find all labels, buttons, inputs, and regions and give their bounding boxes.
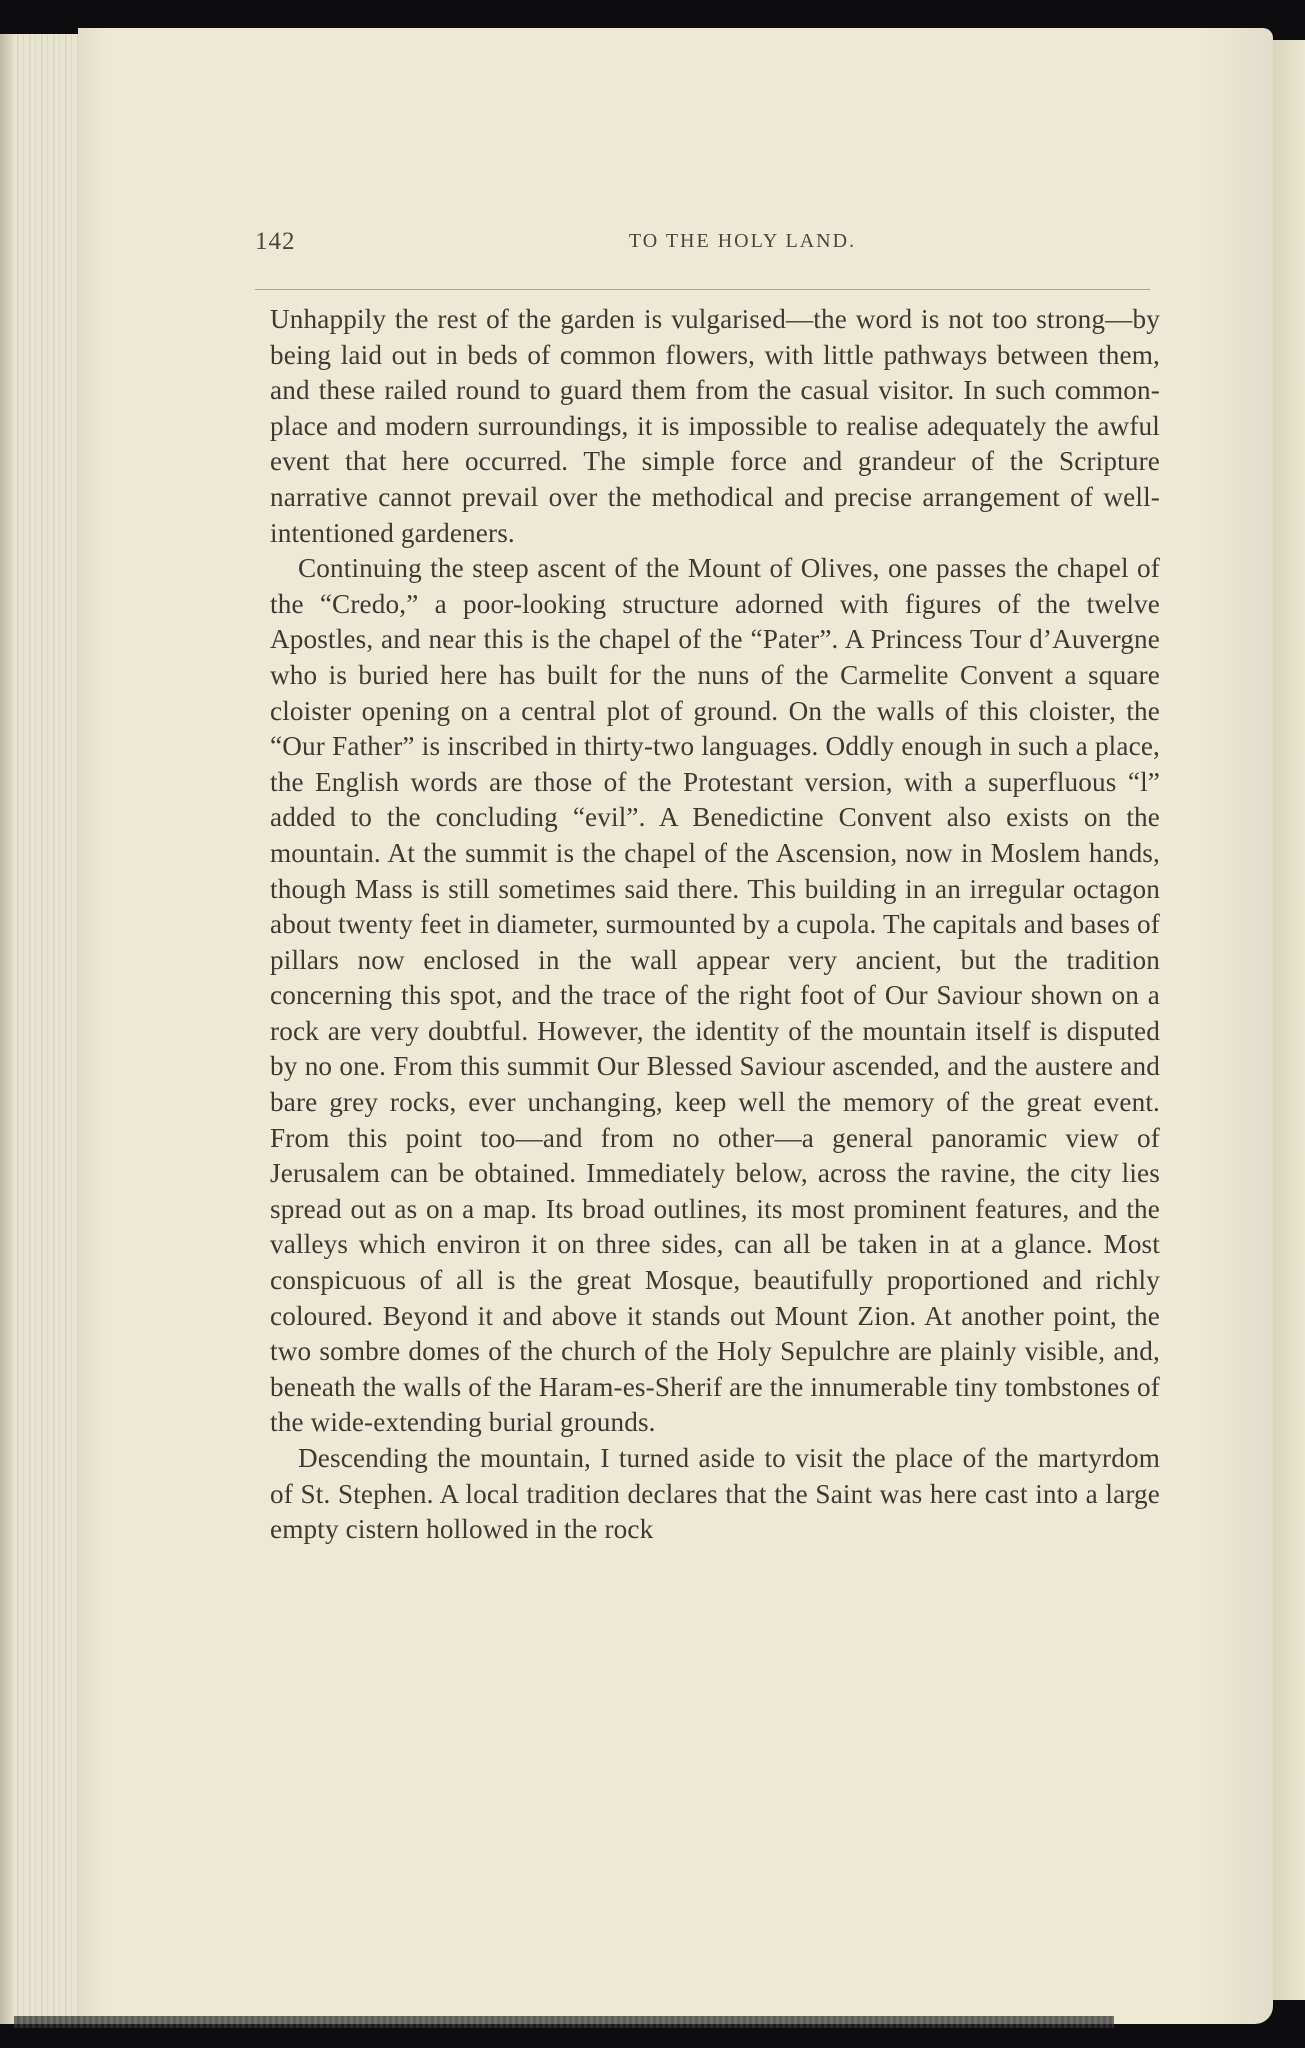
paragraph: Unhappily the rest of the garden is vulg… — [270, 302, 1160, 551]
header-rule — [255, 289, 1150, 290]
next-page-edge — [1272, 40, 1305, 2000]
running-title: TO THE HOLY LAND. — [255, 230, 1150, 253]
page-header: 142 TO THE HOLY LAND. — [255, 228, 1150, 264]
body-text: Unhappily the rest of the garden is vulg… — [270, 302, 1160, 1548]
paragraph: Continuing the steep ascent of the Mount… — [270, 551, 1160, 1441]
paragraph: Descending the mountain, I turned aside … — [270, 1441, 1160, 1548]
page-stack-edge — [0, 34, 82, 2024]
book-bottom-edge — [14, 2016, 1114, 2028]
